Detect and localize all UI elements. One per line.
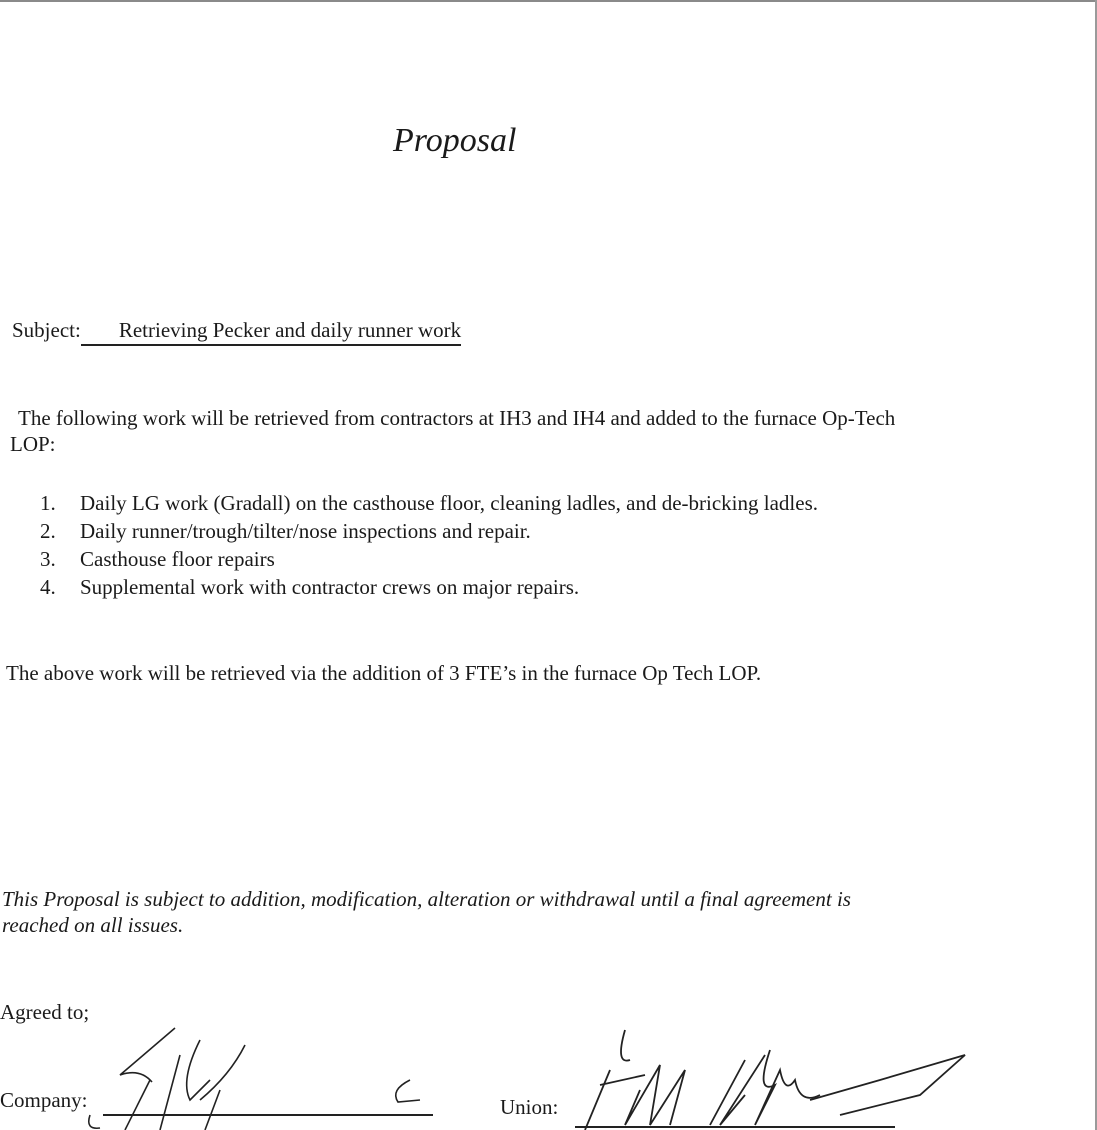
document-title: Proposal — [393, 122, 516, 160]
company-label: Company: — [0, 1088, 88, 1113]
work-items-list: 1.Daily LG work (Gradall) on the casthou… — [40, 490, 870, 602]
intro-paragraph: The following work will be retrieved fro… — [10, 405, 920, 457]
conclusion-paragraph: The above work will be retrieved via the… — [6, 660, 916, 686]
agreed-label: Agreed to; — [0, 1000, 89, 1025]
union-label: Union: — [500, 1095, 558, 1120]
subject-line: Subject:Retrieving Pecker and daily runn… — [12, 318, 461, 346]
subject-value: Retrieving Pecker and daily runner work — [81, 318, 461, 346]
list-item: 3.Casthouse floor repairs — [40, 546, 870, 573]
page-top-border — [0, 0, 1097, 2]
list-item: 1.Daily LG work (Gradall) on the casthou… — [40, 490, 870, 517]
disclaimer: This Proposal is subject to addition, mo… — [2, 886, 912, 938]
subject-label: Subject: — [12, 318, 81, 342]
list-item: 2.Daily runner/trough/tilter/nose inspec… — [40, 518, 870, 545]
list-item: 4.Supplemental work with contractor crew… — [40, 574, 870, 601]
union-signature — [570, 1025, 990, 1130]
company-signature — [80, 1020, 440, 1130]
